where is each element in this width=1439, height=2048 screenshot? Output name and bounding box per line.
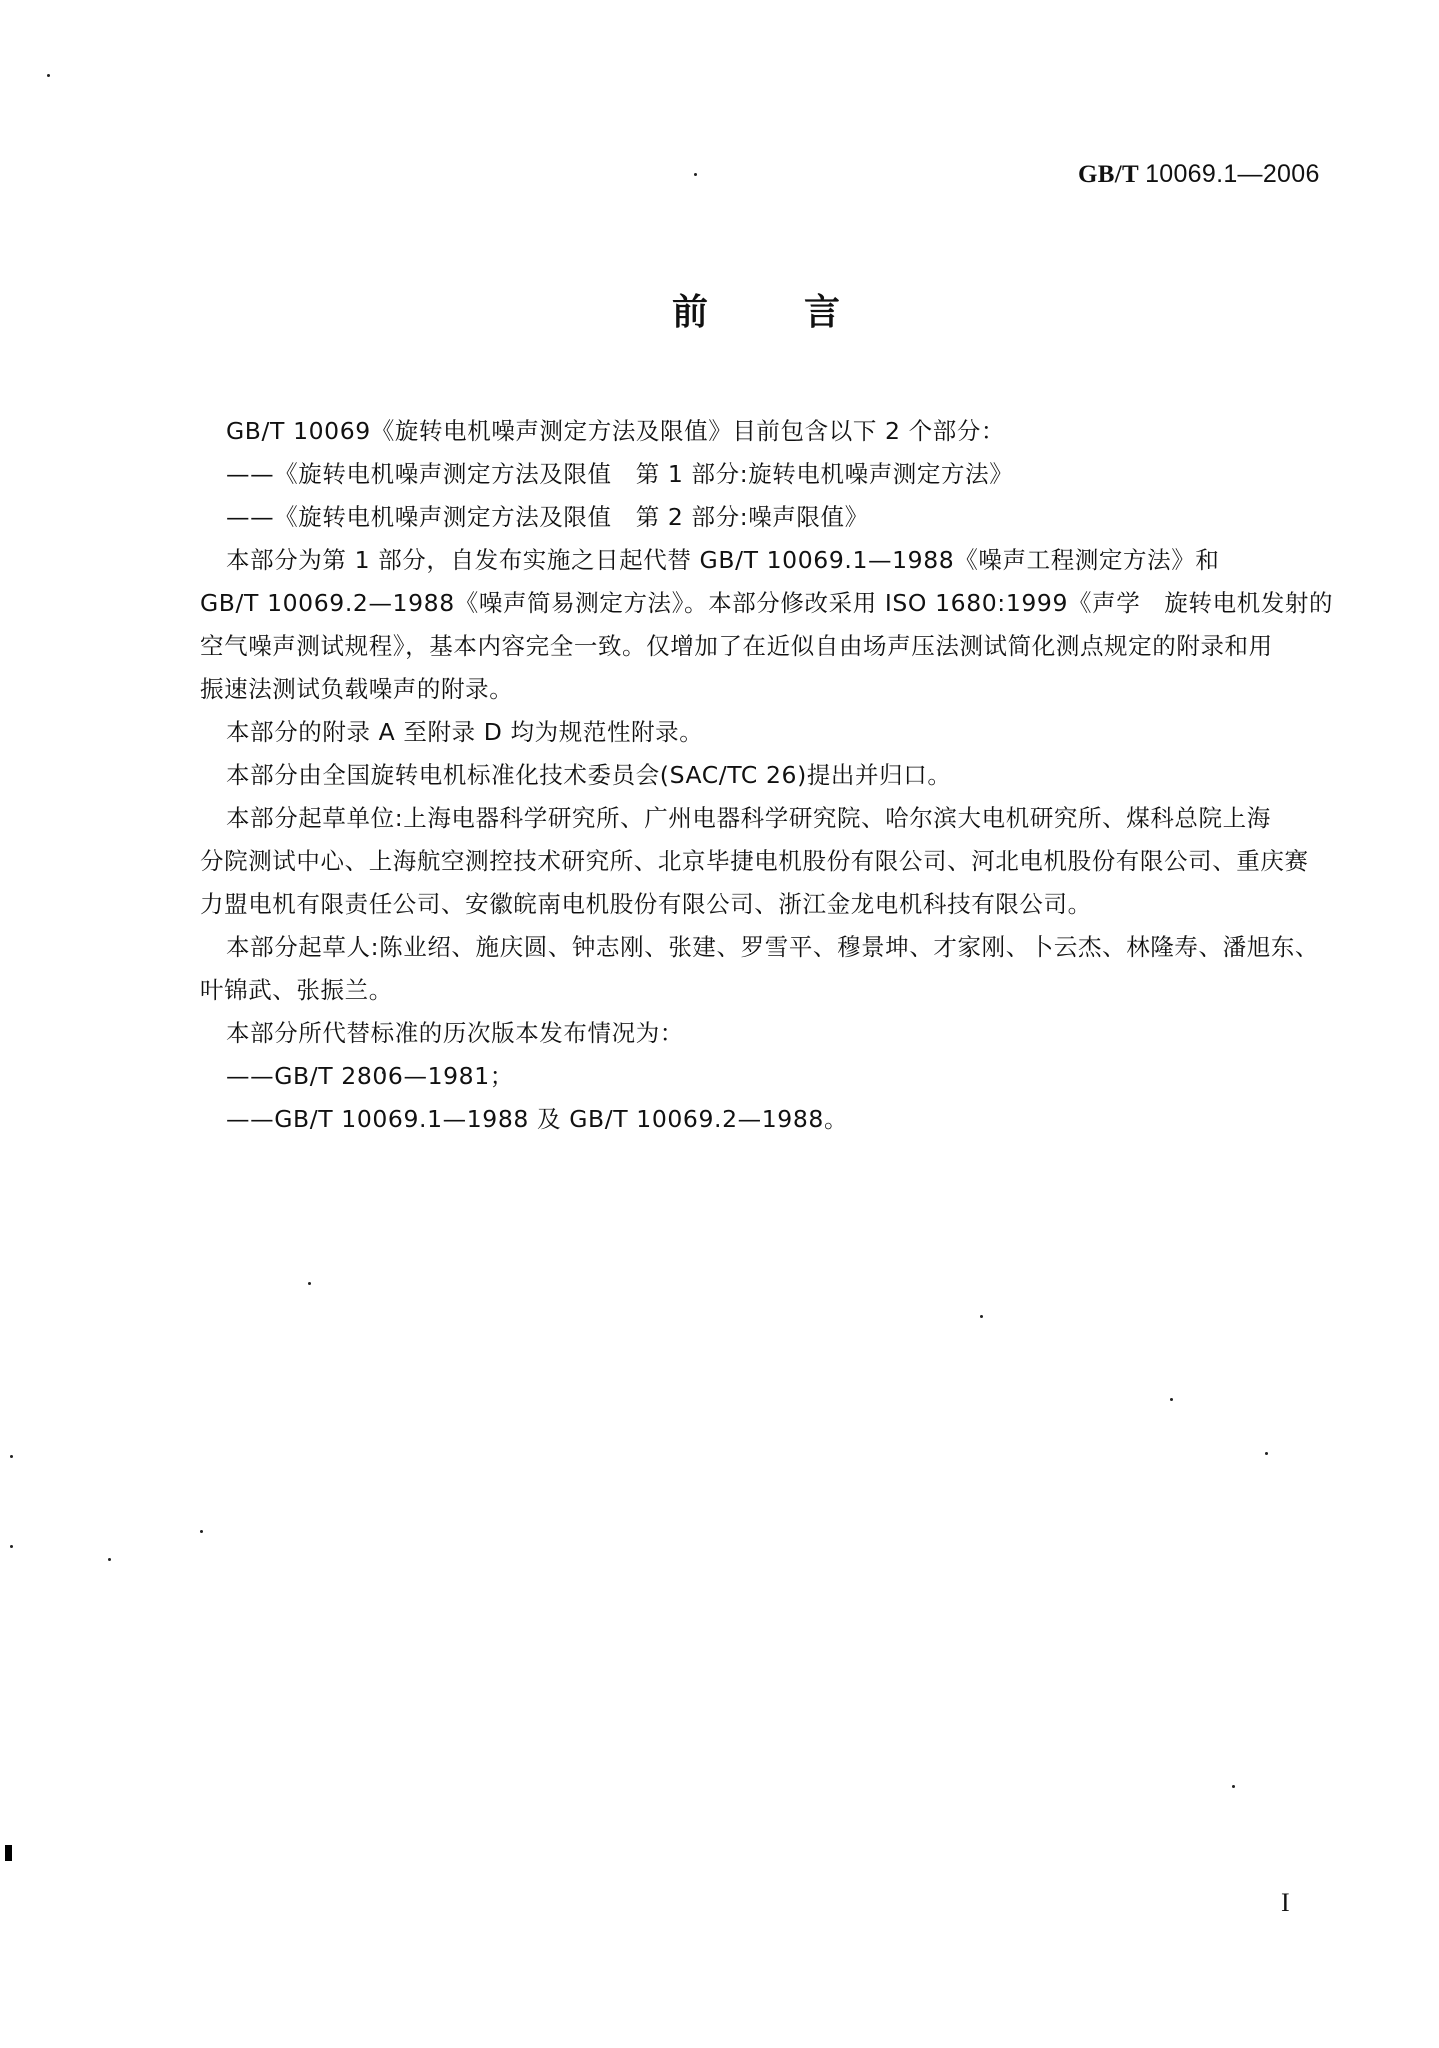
body-line-drafters-1: 本部分起草人:陈业绍、施庆圆、钟志刚、张建、罗雪平、穆景坤、才家刚、卜云杰、林隆… xyxy=(226,932,1319,962)
scan-speck xyxy=(382,1071,385,1074)
body-line-units-2: 分院测试中心、上海航空测控技术研究所、北京毕捷电机股份有限公司、河北电机股份有限… xyxy=(200,846,1309,876)
body-line-replace-1: 本部分为第 1 部分，自发布实施之日起代替 GB/T 10069.1—1988《… xyxy=(226,545,1219,575)
body-line-part2: ——《旋转电机噪声测定方法及限值 第 2 部分:噪声限值》 xyxy=(226,502,869,532)
scan-speck xyxy=(694,173,697,176)
body-line-replace-4: 振速法测试负载噪声的附录。 xyxy=(200,674,513,704)
body-line-proposer: 本部分由全国旋转电机标准化技术委员会(SAC/TC 26)提出并归口。 xyxy=(226,760,951,790)
scan-speck xyxy=(980,1315,983,1318)
body-line-history-1: ——GB/T 2806—1981； xyxy=(226,1061,514,1091)
scan-speck xyxy=(1232,1785,1235,1788)
scan-speck xyxy=(108,1558,111,1561)
page-title: 前言 xyxy=(672,284,840,335)
standard-number: 10069.1—2006 xyxy=(1145,160,1320,188)
standard-code: GB/T 10069.1—2006 xyxy=(1078,160,1320,189)
scan-speck xyxy=(308,1282,311,1285)
standard-prefix: GB/T xyxy=(1078,161,1139,188)
body-line-replace-3: 空气噪声测试规程》，基本内容完全一致。仅增加了在近似自由场声压法测试简化测点规定… xyxy=(200,631,1273,661)
body-line-history-2: ——GB/T 10069.1—1988 及 GB/T 10069.2—1988。 xyxy=(226,1104,848,1134)
scan-speck xyxy=(1170,1398,1173,1401)
body-line-replace-2: GB/T 10069.2—1988《噪声简易测定方法》。本部分修改采用 ISO … xyxy=(200,588,1333,618)
page-number: I xyxy=(1281,1888,1290,1918)
body-line-drafters-2: 叶锦武、张振兰。 xyxy=(200,975,393,1005)
scan-speck xyxy=(200,1530,203,1533)
scan-speck xyxy=(10,1455,13,1458)
body-line-intro: GB/T 10069《旋转电机噪声测定方法及限值》目前包含以下 2 个部分： xyxy=(226,416,1005,446)
scan-binder-mark xyxy=(5,1845,12,1861)
scan-speck xyxy=(47,74,50,77)
scan-speck xyxy=(1265,1452,1268,1455)
title-char-2: 言 xyxy=(804,284,840,335)
scan-speck xyxy=(10,1545,13,1548)
title-char-1: 前 xyxy=(672,284,708,335)
body-line-units-1: 本部分起草单位:上海电器科学研究所、广州电器科学研究院、哈尔滨大电机研究所、煤科… xyxy=(226,803,1271,833)
body-line-part1: ——《旋转电机噪声测定方法及限值 第 1 部分:旋转电机噪声测定方法》 xyxy=(226,459,1013,489)
body-line-history: 本部分所代替标准的历次版本发布情况为： xyxy=(226,1018,684,1048)
body-line-units-3: 力盟电机有限责任公司、安徽皖南电机股份有限公司、浙江金龙电机科技有限公司。 xyxy=(200,889,1092,919)
body-line-appendix: 本部分的附录 A 至附录 D 均为规范性附录。 xyxy=(226,717,703,747)
